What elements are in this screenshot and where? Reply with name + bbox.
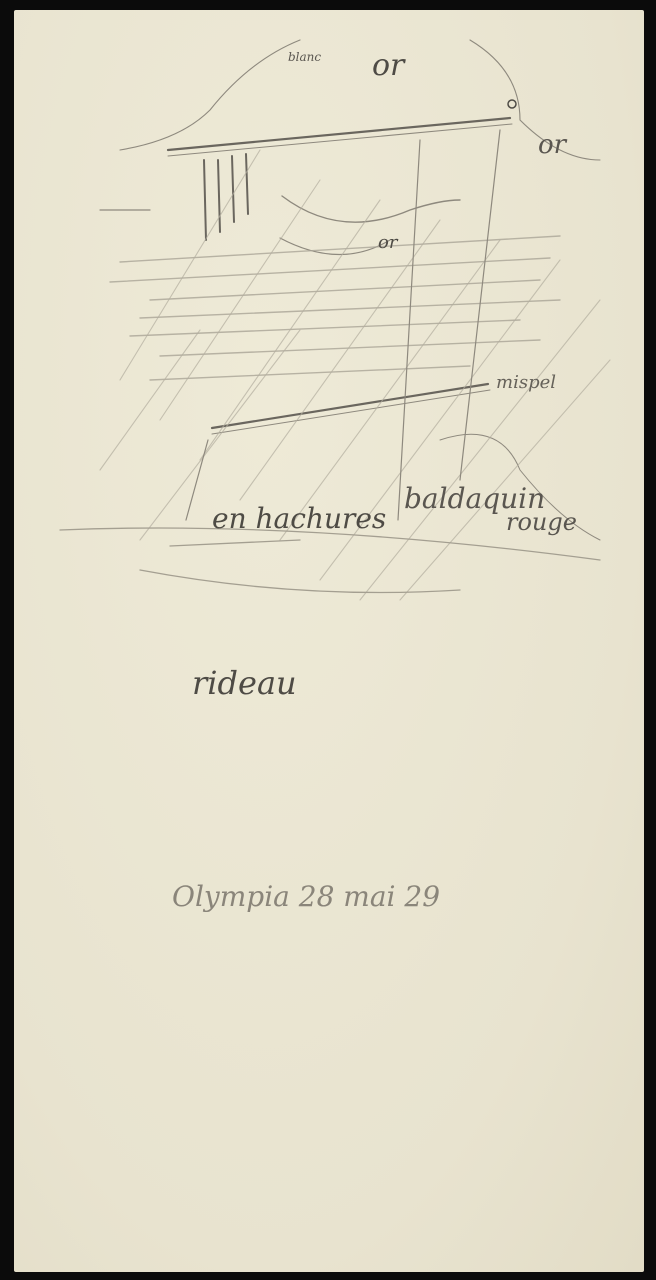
annotation-blanc: blanc <box>288 50 321 64</box>
annotation-or-right: or <box>538 130 566 160</box>
annotation-hachures: en hachures <box>212 502 386 535</box>
pencil-sketch <box>0 0 656 1280</box>
annotation-date: Olympia 28 mai 29 <box>172 880 440 913</box>
annotation-or-middle: or <box>378 232 397 253</box>
annotation-rouge: rouge <box>506 508 577 536</box>
annotation-mispel: mispel <box>496 372 556 393</box>
annotation-rideau: rideau <box>192 664 297 702</box>
annotation-or-top: or <box>372 48 404 83</box>
